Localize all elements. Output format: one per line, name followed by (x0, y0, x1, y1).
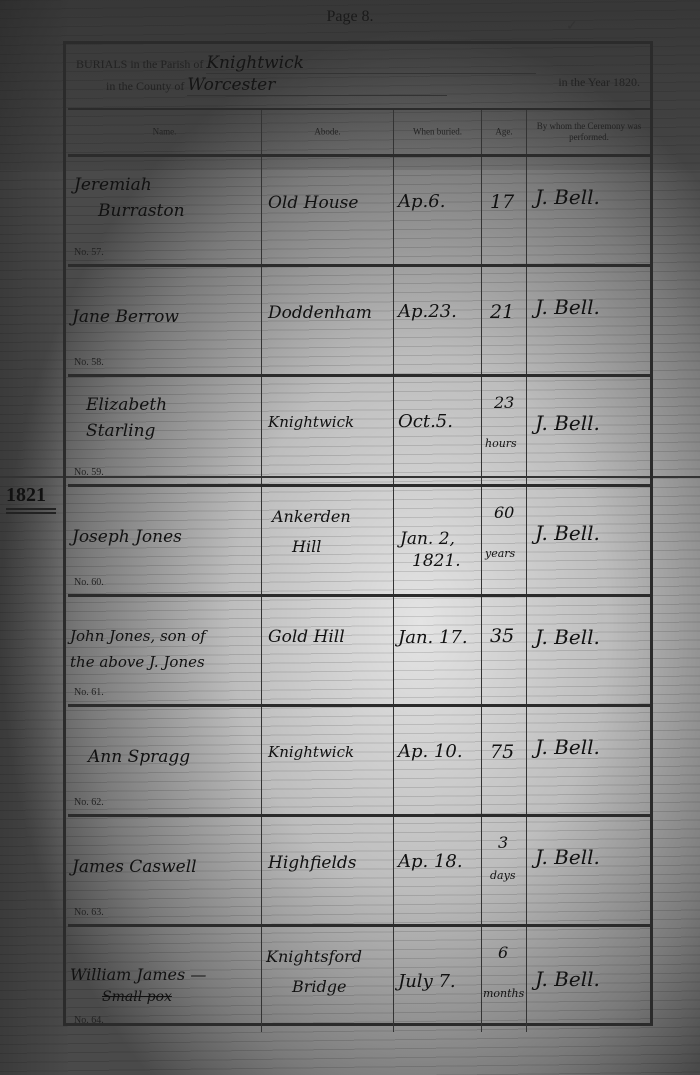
county-field: Worcester (187, 75, 447, 96)
entry-name: Joseph Jones No. 60. (68, 487, 262, 594)
parish-value: Knightwick (206, 53, 304, 73)
entry-when-buried: Ap.6. (394, 157, 482, 264)
entry-when-buried: Ap.23. (394, 267, 482, 374)
entry-number: No. 57. (74, 247, 104, 258)
heading-year: in the Year 1820. (558, 75, 640, 90)
entry-when-buried: Jan. 2, 1821. (394, 487, 482, 594)
entry-age: 6 months (482, 927, 527, 1032)
heading-line-1: BURIALS in the Parish of Knightwick (76, 53, 536, 74)
entry-age: 75 (482, 707, 527, 814)
entry-officiant: J. Bell. (527, 267, 651, 374)
entry-age: 21 (482, 267, 527, 374)
entry-number: No. 61. (74, 687, 104, 698)
burial-register-table: Name. Abode. When buried. Age. By whom t… (68, 108, 651, 1032)
entry-name: William James — Small pox No. 64. (68, 927, 262, 1032)
entry-number: No. 64. (74, 1015, 104, 1026)
table-row: Ann Spragg No. 62. Knightwick Ap. 10. 75… (68, 707, 651, 817)
entry-officiant: J. Bell. (527, 377, 651, 484)
margin-year: 1821 (6, 484, 46, 507)
table-row: Elizabeth Starling No. 59. Knightwick Oc… (68, 377, 651, 487)
entry-when-buried: July 7. (394, 927, 482, 1032)
entry-abode: Highfields (262, 817, 394, 924)
county-value: Worcester (187, 75, 275, 95)
heading-line-2: in the County of Worcester (106, 75, 447, 96)
entry-number: No. 60. (74, 577, 104, 588)
header-age: Age. (482, 110, 527, 154)
entry-age: 60 years (482, 487, 527, 594)
header-abode: Abode. (262, 110, 394, 154)
entry-age: 35 (482, 597, 527, 704)
entry-age: 3 days (482, 817, 527, 924)
entry-abode: Knightwick (262, 377, 394, 484)
header-when-buried: When buried. (394, 110, 482, 154)
table-row: Joseph Jones No. 60. Ankerden Hill Jan. … (68, 487, 651, 597)
entry-abode: Knightsford Bridge (262, 927, 394, 1032)
table-row: William James — Small pox No. 64. Knight… (68, 927, 651, 1032)
table-header: Name. Abode. When buried. Age. By whom t… (68, 108, 651, 157)
photo-shadow-left (0, 0, 70, 1075)
entry-when-buried: Jan. 17. (394, 597, 482, 704)
entry-when-buried: Ap. 18. (394, 817, 482, 924)
header-officiant: By whom the Ceremony was performed. (527, 110, 651, 154)
parish-field: Knightwick (206, 53, 536, 74)
check-mark-icon: ✓ (566, 18, 578, 35)
heading-county-label: in the County of (106, 79, 184, 93)
entry-officiant: J. Bell. (527, 707, 651, 814)
table-row: John Jones, son of the above J. Jones No… (68, 597, 651, 707)
entry-officiant: J. Bell. (527, 927, 651, 1032)
entry-name: James Caswell No. 63. (68, 817, 262, 924)
entry-officiant: J. Bell. (527, 157, 651, 264)
table-row: Jeremiah Burraston No. 57. Old House Ap.… (68, 157, 651, 267)
entry-number: No. 62. (74, 797, 104, 808)
entry-name: Jeremiah Burraston No. 57. (68, 157, 262, 264)
entry-name: John Jones, son of the above J. Jones No… (68, 597, 262, 704)
entry-officiant: J. Bell. (527, 597, 651, 704)
register-heading: BURIALS in the Parish of Knightwick in t… (66, 45, 650, 107)
entry-number: No. 63. (74, 907, 104, 918)
entry-age: 17 (482, 157, 527, 264)
page-number: Page 8. (0, 8, 700, 26)
header-name: Name. (68, 110, 262, 154)
entry-age: 23 hours (482, 377, 527, 484)
entry-officiant: J. Bell. (527, 487, 651, 594)
entry-number: No. 58. (74, 357, 104, 368)
entry-name: Jane Berrow No. 58. (68, 267, 262, 374)
entry-number: No. 59. (74, 467, 104, 478)
entry-abode: Ankerden Hill (262, 487, 394, 594)
entry-abode: Knightwick (262, 707, 394, 814)
entry-when-buried: Ap. 10. (394, 707, 482, 814)
table-row: James Caswell No. 63. Highfields Ap. 18.… (68, 817, 651, 927)
entry-abode: Doddenham (262, 267, 394, 374)
entry-abode: Gold Hill (262, 597, 394, 704)
margin-year-underline (6, 508, 56, 510)
heading-parish-label: BURIALS in the Parish of (76, 57, 203, 71)
entry-officiant: J. Bell. (527, 817, 651, 924)
entry-abode: Old House (262, 157, 394, 264)
entry-name: Elizabeth Starling No. 59. (68, 377, 262, 484)
table-row: Jane Berrow No. 58. Doddenham Ap.23. 21 … (68, 267, 651, 377)
entry-when-buried: Oct.5. (394, 377, 482, 484)
entry-name: Ann Spragg No. 62. (68, 707, 262, 814)
